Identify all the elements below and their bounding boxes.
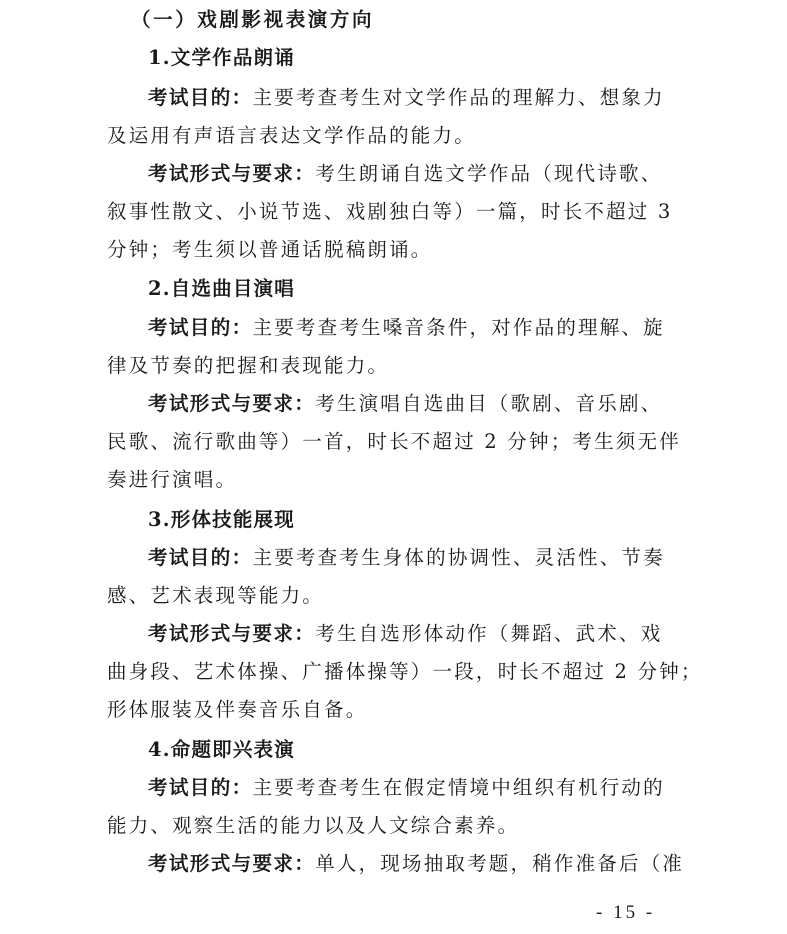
- purpose-text-cont: 及运用有声语言表达文学作品的能力。: [107, 124, 476, 148]
- purpose-text: 主要考查考生对文学作品的理解力、想象力: [253, 86, 665, 109]
- format-text: 考生朗诵自选文学作品（现代诗歌、: [315, 162, 662, 185]
- item-heading-3: 3.形体技能展现: [148, 508, 295, 532]
- purpose-text: 主要考查考生在假定情境中组织有机行动的: [253, 776, 665, 799]
- format-label: 考试形式与要求：: [148, 622, 315, 645]
- format-text-cont: 叙事性散文、小说节选、戏剧独白等）一篇，时长不超过 3: [107, 200, 673, 224]
- format-text-cont: 民歌、流行歌曲等）一首，时长不超过 2 分钟；考生须无伴: [107, 430, 681, 454]
- format-label: 考试形式与要求：: [148, 852, 315, 875]
- purpose-paragraph-3: 考试目的：主要考查考生身体的协调性、灵活性、节奏: [148, 546, 665, 570]
- purpose-paragraph-4: 考试目的：主要考查考生在假定情境中组织有机行动的: [148, 776, 665, 800]
- format-label: 考试形式与要求：: [148, 392, 315, 415]
- section-title: （一）戏剧影视表演方向: [131, 8, 374, 32]
- format-label: 考试形式与要求：: [148, 162, 315, 185]
- purpose-label: 考试目的：: [148, 316, 253, 339]
- format-paragraph-4: 考试形式与要求：单人，现场抽取考题，稍作准备后（准: [148, 852, 684, 876]
- format-text: 单人，现场抽取考题，稍作准备后（准: [315, 852, 684, 875]
- format-paragraph-3: 考试形式与要求：考生自选形体动作（舞蹈、武术、戏: [148, 622, 662, 646]
- purpose-paragraph-2: 考试目的：主要考查考生嗓音条件，对作品的理解、旋: [148, 316, 665, 340]
- format-paragraph-1: 考试形式与要求：考生朗诵自选文学作品（现代诗歌、: [148, 162, 662, 186]
- purpose-paragraph-1: 考试目的：主要考查考生对文学作品的理解力、想象力: [148, 86, 665, 110]
- purpose-label: 考试目的：: [148, 776, 253, 799]
- format-text-cont: 形体服装及伴奏音乐自备。: [107, 698, 367, 722]
- item-heading-2: 2.自选曲目演唱: [148, 277, 295, 301]
- format-text: 考生自选形体动作（舞蹈、武术、戏: [315, 622, 662, 645]
- purpose-text-cont: 能力、观察生活的能力以及人文综合素养。: [107, 814, 519, 838]
- purpose-label: 考试目的：: [148, 86, 253, 109]
- purpose-text-cont: 律及节奏的把握和表现能力。: [107, 354, 389, 378]
- page-number: - 15 -: [596, 902, 655, 924]
- format-text-cont: 分钟；考生须以普通话脱稿朗诵。: [107, 238, 433, 262]
- purpose-label: 考试目的：: [148, 546, 253, 569]
- format-text-cont: 奏进行演唱。: [107, 468, 237, 492]
- format-text-cont: 曲身段、艺术体操、广播体操等）一段，时长不超过 2 分钟；: [107, 660, 703, 684]
- item-heading-1: 1.文学作品朗诵: [148, 46, 295, 70]
- purpose-text: 主要考查考生嗓音条件，对作品的理解、旋: [253, 316, 665, 339]
- item-heading-4: 4.命题即兴表演: [148, 738, 295, 762]
- purpose-text-cont: 感、艺术表现等能力。: [107, 584, 324, 608]
- format-paragraph-2: 考试形式与要求：考生演唱自选曲目（歌剧、音乐剧、: [148, 392, 662, 416]
- format-text: 考生演唱自选曲目（歌剧、音乐剧、: [315, 392, 662, 415]
- purpose-text: 主要考查考生身体的协调性、灵活性、节奏: [253, 546, 665, 569]
